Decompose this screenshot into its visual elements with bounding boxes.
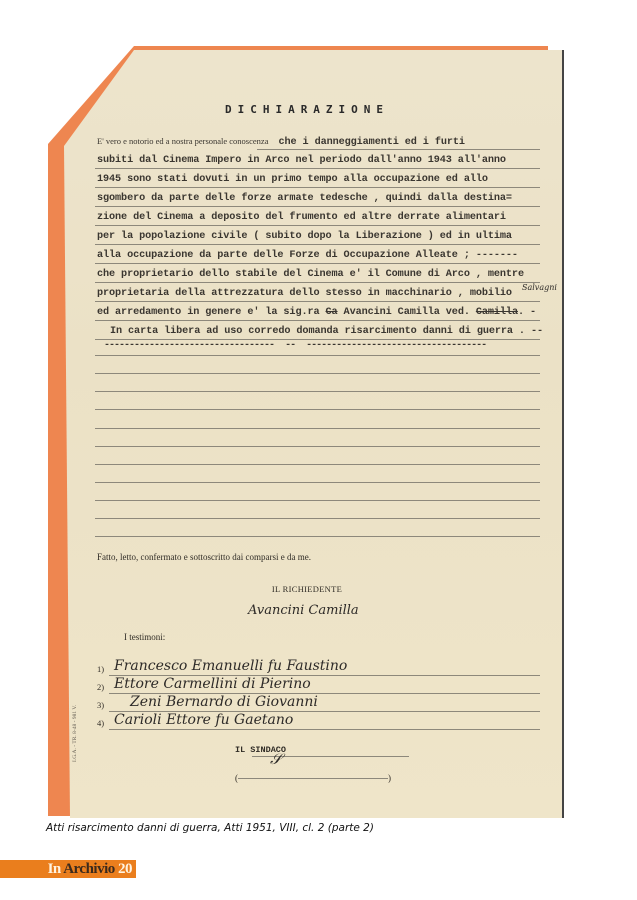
rule-line — [257, 149, 540, 150]
text-line-6: per la popolazione civile ( subito dopo … — [97, 231, 512, 242]
document-title: DICHIARAZIONE — [52, 103, 562, 116]
witness-number: 3) — [97, 700, 104, 710]
applicant-label: IL RICHIEDENTE — [52, 584, 562, 594]
text-line-7: alla occupazione da parte delle Forze di… — [97, 250, 518, 261]
text-line-1: E' vero e notorio ed a nostra personale … — [97, 136, 465, 148]
text-line-3: 1945 sono stati dovuti in un primo tempo… — [97, 174, 488, 185]
text-line-5: zione del Cinema a deposito del frumento… — [97, 212, 506, 223]
closing-statement: Fatto, letto, confermato e sottoscritto … — [97, 552, 311, 562]
rule-line — [95, 206, 540, 207]
mayor-signature: 𝒮 — [270, 750, 282, 768]
witness-signature-4: Carioli Ettore fu Gaetano — [114, 712, 293, 728]
witness-signature-1: Francesco Emanuelli fu Faustino — [114, 658, 347, 674]
rule-line — [95, 263, 540, 264]
applicant-signature: Avancini Camilla — [248, 603, 359, 618]
rule-line — [95, 282, 540, 283]
rule-line — [95, 168, 540, 169]
text-line-2: subiti dal Cinema Impero in Arco nel per… — [97, 155, 506, 166]
rule-line — [95, 320, 540, 321]
rule-line — [95, 355, 540, 356]
text-line-4: sgombero da parte delle forze armate ted… — [97, 193, 512, 204]
mayor-name-field: () — [235, 773, 400, 783]
witness-number: 1) — [97, 664, 104, 674]
figure-caption: Atti risarcimento danni di guerra, Atti … — [46, 822, 374, 834]
witness-signature-2: Ettore Carmellini di Pierino — [114, 676, 311, 692]
footer-publication-name: In Archivio 20 — [48, 860, 132, 878]
blank-rule-line — [95, 446, 540, 447]
witnesses-label: I testimoni: — [124, 632, 165, 642]
handwritten-correction: Salvagni — [522, 283, 557, 292]
print-code: I.G.A. - TR. 8-48 - 981 V. — [72, 705, 78, 762]
blank-rule-line — [95, 391, 540, 392]
witness-number: 4) — [97, 718, 104, 728]
witness-signature-3: Zeni Bernardo di Giovanni — [130, 694, 318, 710]
text-line-9: proprietaria della attrezzatura dello st… — [97, 288, 512, 299]
blank-rule-line — [95, 536, 540, 537]
text-line-8: che proprietario dello stabile del Cinem… — [97, 269, 524, 280]
rule-line — [95, 225, 540, 226]
blank-rule-line — [95, 373, 540, 374]
blank-rule-line — [95, 518, 540, 519]
printed-intro: E' vero e notorio ed a nostra personale … — [97, 136, 268, 146]
blank-rule-line — [95, 500, 540, 501]
text-line-10: ed arredamento in genere e' la sig.ra Ca… — [97, 307, 536, 318]
rule-line — [95, 244, 540, 245]
filler-dashes: ---------------------------------- -- --… — [104, 340, 486, 351]
blank-rule-line — [95, 464, 540, 465]
witness-line — [109, 729, 540, 730]
witness-number: 2) — [97, 682, 104, 692]
rule-line — [95, 301, 540, 302]
blank-rule-line — [95, 409, 540, 410]
issue-number: 20 — [118, 861, 132, 877]
text-line-11: In carta libera ad uso corredo domanda r… — [110, 326, 543, 337]
footer-banner: In Archivio 20 — [0, 860, 136, 878]
blank-rule-line — [95, 428, 540, 429]
blank-rule-line — [95, 482, 540, 483]
document-scan: DICHIARAZIONE E' vero e notorio ed a nos… — [52, 50, 564, 818]
rule-line — [95, 187, 540, 188]
